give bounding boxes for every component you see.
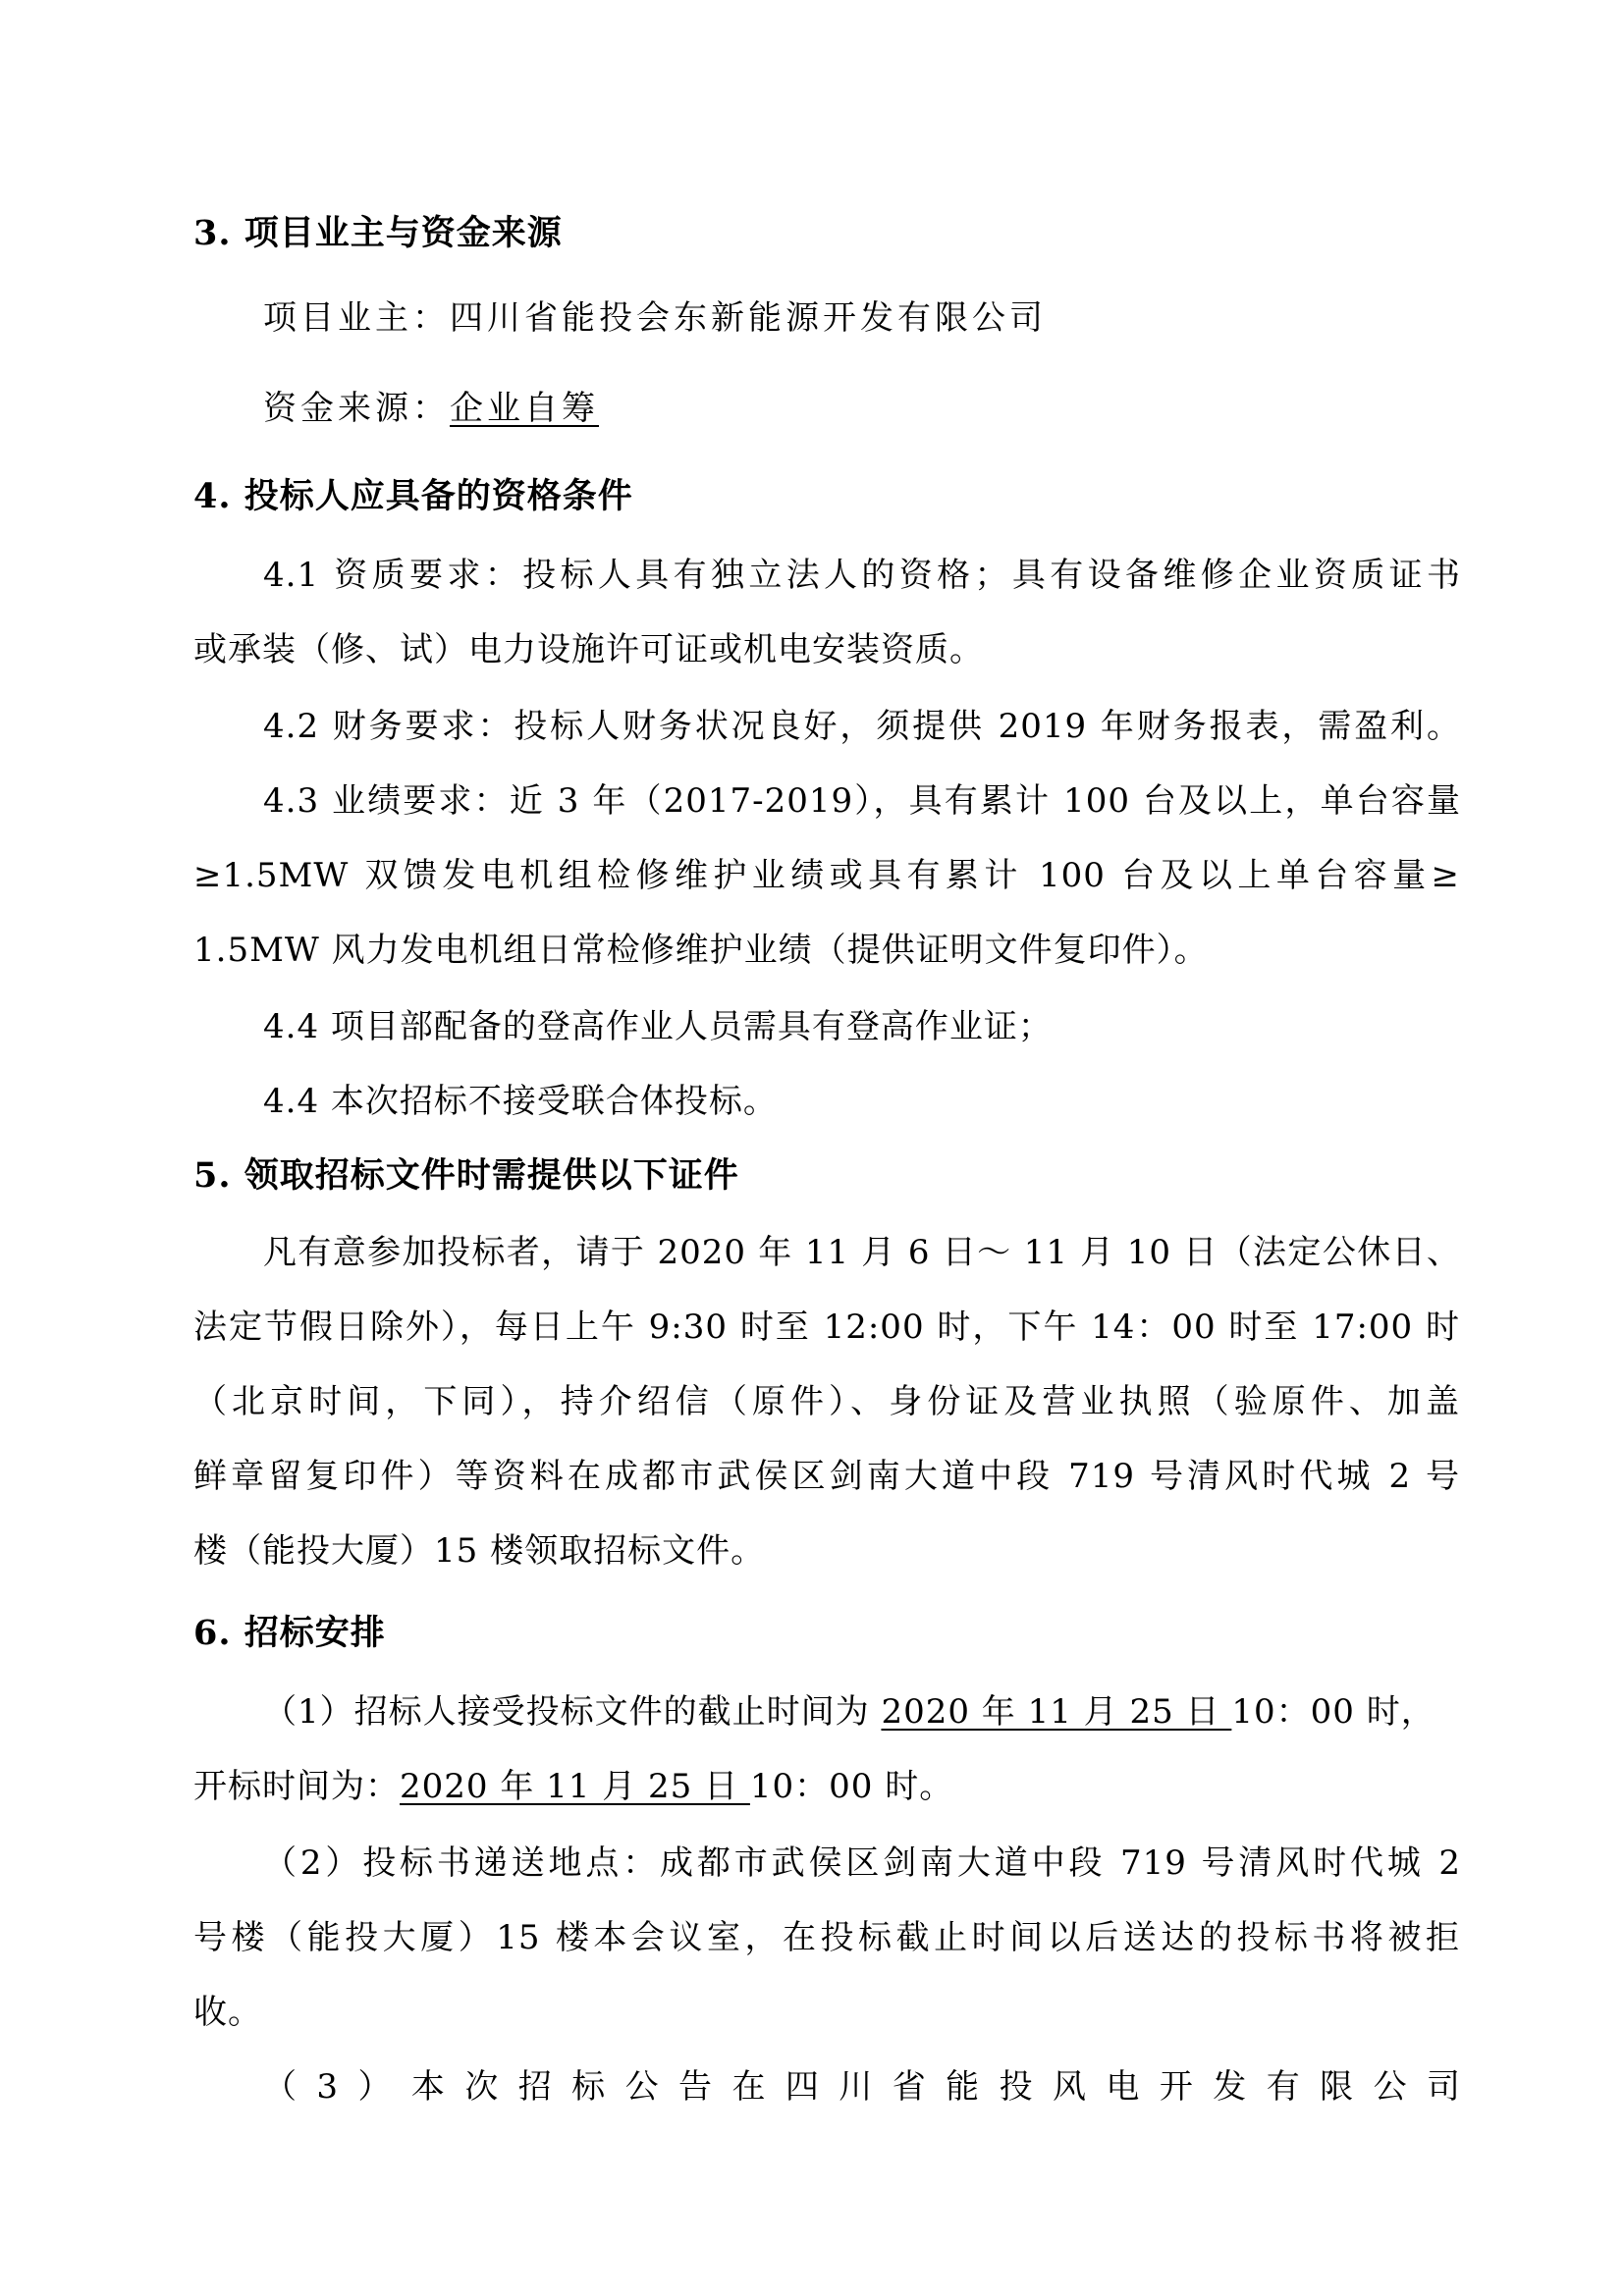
performance-req-line-2: ≥1.5MW 双馈发电机组检修维护业绩或具有累计 100 台及以上单台容量≥ (193, 856, 1460, 895)
section-6-heading: 6. 招标安排 (193, 1614, 386, 1653)
deadline-time: 10：00 时， (1231, 1692, 1435, 1732)
delivery-line-3: 收。 (193, 1993, 262, 2032)
no-consortium-req: 4.4 本次招标不接受联合体投标。 (263, 1082, 778, 1121)
opening-label: 开标时间为： (193, 1767, 400, 1806)
opening-line: 开标时间为：2020 年 11 月 25 日 10：00 时。 (193, 1767, 953, 1806)
fund-source-line: 资金来源：企业自筹 (263, 389, 599, 428)
delivery-line-1: （2）投标书递送地点：成都市武侯区剑南大道中段 719 号清风时代城 2 (263, 1843, 1461, 1883)
delivery-line-2: 号楼（能投大厦）15 楼本会议室，在投标截止时间以后送达的投标书将被拒 (193, 1918, 1460, 1957)
opening-date: 2020 年 11 月 25 日 (400, 1767, 750, 1806)
deadline-line: （1）招标人接受投标文件的截止时间为 2020 年 11 月 25 日 10：0… (263, 1692, 1435, 1732)
project-owner-label: 项目业主： (263, 298, 450, 338)
announcement-line-1: （3）本次招标公告在四川省能投风电开发有限公司 (263, 2067, 1461, 2107)
qualification-req-line-2: 或承装（修、试）电力设施许可证或机电安装资质。 (193, 630, 984, 669)
section-3-heading: 3. 项目业主与资金来源 (193, 214, 563, 253)
climbing-cert-req: 4.4 项目部配备的登高作业人员需具有登高作业证； (263, 1007, 1053, 1046)
document-page: 3. 项目业主与资金来源 项目业主：四川省能投会东新能源开发有限公司 资金来源：… (0, 0, 1624, 2296)
deadline-date: 2020 年 11 月 25 日 (881, 1692, 1231, 1732)
pickup-line-1: 凡有意参加投标者，请于 2020 年 11 月 6 日～ 11 月 10 日（法… (263, 1233, 1461, 1272)
fund-source-value: 企业自筹 (450, 389, 599, 428)
financial-req: 4.2 财务要求：投标人财务状况良好，须提供 2019 年财务报表，需盈利。 (263, 707, 1461, 746)
performance-req-line-1: 4.3 业绩要求：近 3 年（2017-2019），具有累计 100 台及以上，… (263, 781, 1461, 821)
performance-req-line-3: 1.5MW 风力发电机组日常检修维护业绩（提供证明文件复印件）。 (193, 931, 1209, 970)
section-4-heading: 4. 投标人应具备的资格条件 (193, 477, 633, 516)
project-owner-line: 项目业主：四川省能投会东新能源开发有限公司 (263, 298, 1047, 338)
opening-time: 10：00 时。 (750, 1767, 953, 1806)
fund-source-label: 资金来源： (263, 389, 450, 428)
pickup-line-3: （北京时间，下同），持介绍信（原件）、身份证及营业执照（验原件、加盖 (193, 1382, 1460, 1421)
pickup-line-5: 楼（能投大厦）15 楼领取招标文件。 (193, 1531, 765, 1571)
pickup-line-2: 法定节假日除外），每日上午 9:30 时至 12:00 时，下午 14：00 时… (193, 1308, 1460, 1347)
section-5-heading: 5. 领取招标文件时需提供以下证件 (193, 1156, 739, 1196)
qualification-req-line-1: 4.1 资质要求：投标人具有独立法人的资格；具有设备维修企业资质证书 (263, 556, 1461, 595)
pickup-line-4: 鲜章留复印件）等资料在成都市武侯区剑南大道中段 719 号清风时代城 2 号 (193, 1457, 1460, 1496)
deadline-prefix: （1）招标人接受投标文件的截止时间为 (263, 1692, 881, 1732)
project-owner-value: 四川省能投会东新能源开发有限公司 (450, 298, 1047, 338)
